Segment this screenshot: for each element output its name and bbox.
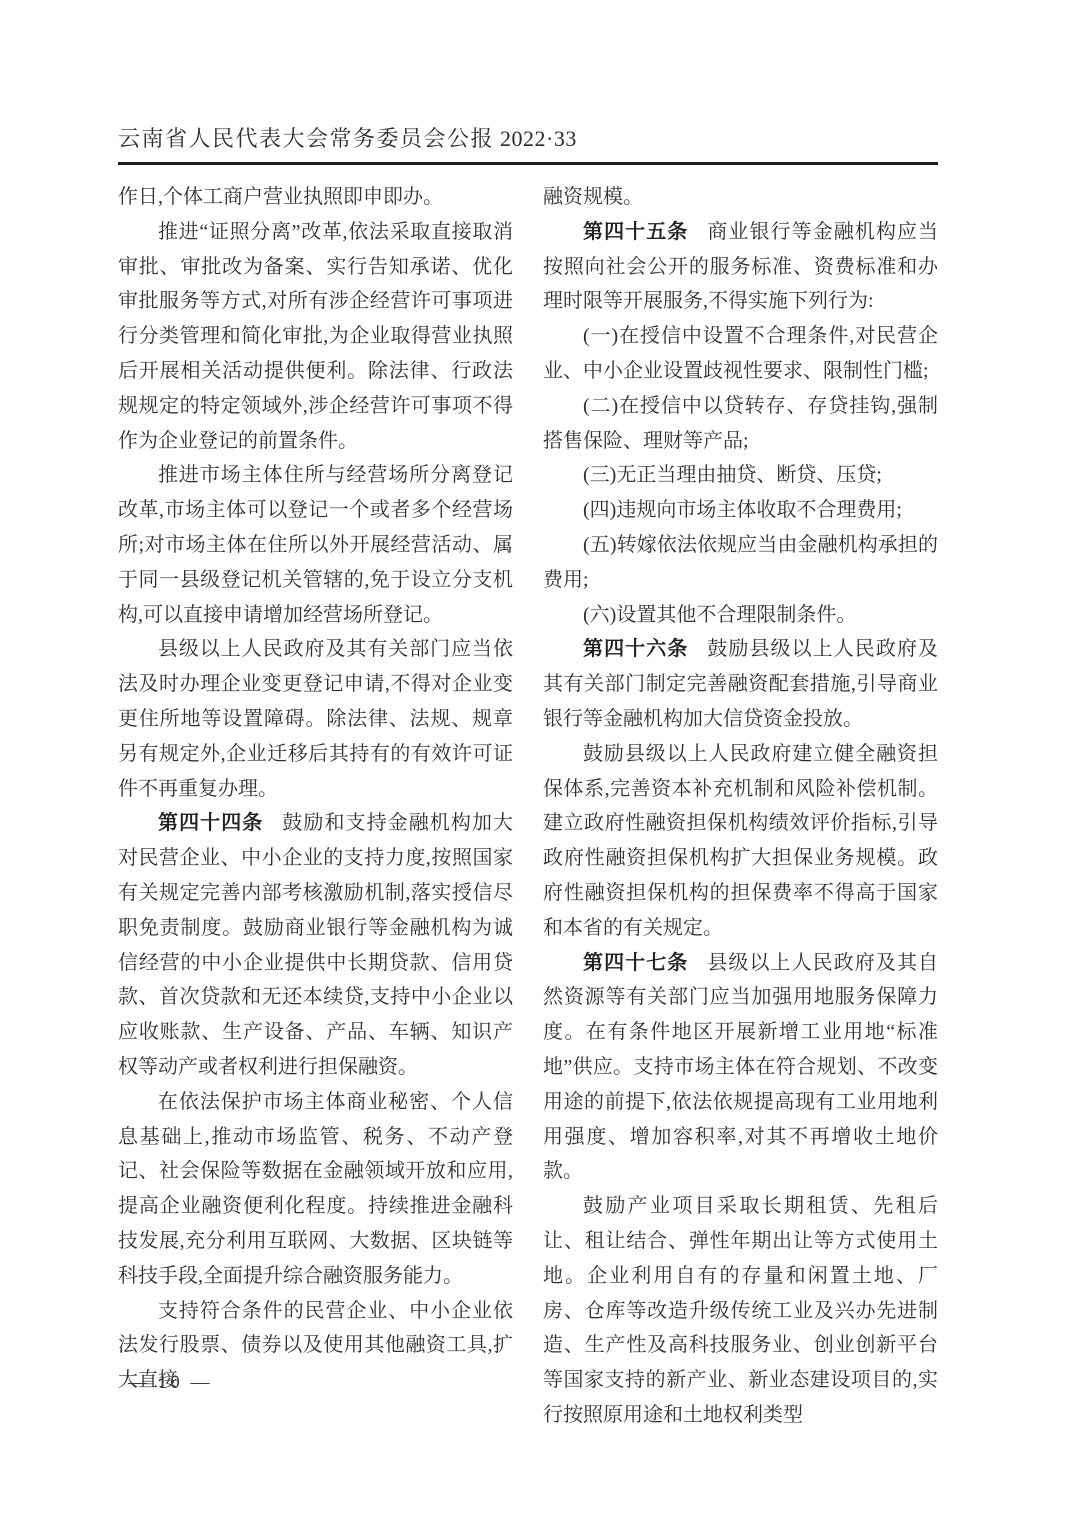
paragraph-text: 县级以上人民政府及其自然资源等有关部门应当加强用地服务保障力度。在有条件地区开展… bbox=[543, 952, 938, 1183]
paragraph: 推进市场主体住所与经营场所分离登记改革,市场主体可以登记一个或者多个经营场所;对… bbox=[118, 458, 513, 632]
paragraph-text: (五)转嫁依法依规应当由金融机构承担的费用; bbox=[543, 534, 938, 591]
paragraph: 作日,个体工商户营业执照即申即办。 bbox=[118, 180, 513, 215]
paragraph: 第四十七条县级以上人民政府及其自然资源等有关部门应当加强用地服务保障力度。在有条… bbox=[543, 946, 938, 1190]
bulletin-issue-number: 2022·33 bbox=[500, 126, 577, 151]
list-item-paragraph: (六)设置其他不合理限制条件。 bbox=[543, 598, 938, 633]
paragraph-text: 在依法保护市场主体商业秘密、个人信息基础上,推动市场监管、税务、不动产登记、社会… bbox=[118, 1091, 513, 1287]
list-item-paragraph: (一)在授信中设置不合理条件,对民营企业、中小企业设置歧视性要求、限制性门槛; bbox=[543, 319, 938, 389]
paragraph: 融资规模。 bbox=[543, 180, 938, 215]
article-number: 第四十五条 bbox=[583, 221, 688, 243]
paragraph-text: (三)无正当理由抽贷、断贷、压贷; bbox=[583, 464, 882, 486]
paragraph-text: (二)在授信中以贷转存、存贷挂钩,强制搭售保险、理财等产品; bbox=[543, 395, 938, 452]
article-number: 第四十四条 bbox=[158, 812, 263, 834]
paragraph: 鼓励产业项目采取长期租赁、先租后让、租让结合、弹性年期出让等方式使用土地。企业利… bbox=[543, 1189, 938, 1433]
page-number: — 10 — bbox=[128, 1372, 213, 1394]
page-content: 云南省人民代表大会常务委员会公报2022·33 作日,个体工商户营业执照即申即办… bbox=[0, 0, 1080, 1433]
paragraph: 鼓励县级以上人民政府建立健全融资担保体系,完善资本补充机制和风险补偿机制。建立政… bbox=[543, 737, 938, 946]
paragraph-text: (六)设置其他不合理限制条件。 bbox=[583, 604, 856, 626]
paragraph: 第四十四条鼓励和支持金融机构加大对民营企业、中小企业的支持力度,按照国家有关规定… bbox=[118, 806, 513, 1084]
article-number: 第四十七条 bbox=[583, 952, 688, 974]
paragraph-text: 推进市场主体住所与经营场所分离登记改革,市场主体可以登记一个或者多个经营场所;对… bbox=[118, 464, 513, 625]
paragraph-text: 作日,个体工商户营业执照即申即办。 bbox=[118, 186, 443, 208]
paragraph: 在依法保护市场主体商业秘密、个人信息基础上,推动市场监管、税务、不动产登记、社会… bbox=[118, 1085, 513, 1294]
paragraph-text: 推进“证照分离”改革,依法采取直接取消审批、审批改为备案、实行告知承诺、优化审批… bbox=[118, 221, 513, 452]
left-column: 作日,个体工商户营业执照即申即办。 推进“证照分离”改革,依法采取直接取消审批、… bbox=[118, 180, 513, 1433]
page-header: 云南省人民代表大会常务委员会公报2022·33 bbox=[118, 122, 938, 153]
paragraph-text: 融资规模。 bbox=[543, 186, 643, 208]
paragraph-text: (一)在授信中设置不合理条件,对民营企业、中小企业设置歧视性要求、限制性门槛; bbox=[543, 325, 938, 382]
header-divider bbox=[118, 162, 938, 165]
list-item-paragraph: (五)转嫁依法依规应当由金融机构承担的费用; bbox=[543, 528, 938, 598]
paragraph-text: 县级以上人民政府及其有关部门应当依法及时办理企业变更登记申请,不得对企业变更住所… bbox=[118, 638, 513, 799]
paragraph: 第四十五条商业银行等金融机构应当按照向社会公开的服务标准、资费标准和办理时限等开… bbox=[543, 215, 938, 319]
right-column: 融资规模。 第四十五条商业银行等金融机构应当按照向社会公开的服务标准、资费标准和… bbox=[543, 180, 938, 1433]
paragraph: 第四十六条鼓励县级以上人民政府及其有关部门制定完善融资配套措施,引导商业银行等金… bbox=[543, 632, 938, 736]
paragraph-text: (四)违规向市场主体收取不合理费用; bbox=[583, 499, 902, 521]
paragraph: 县级以上人民政府及其有关部门应当依法及时办理企业变更登记申请,不得对企业变更住所… bbox=[118, 632, 513, 806]
document-page: { "header": { "title": "云南省人民代表大会常务委员会公报… bbox=[0, 0, 1080, 1515]
paragraph: 推进“证照分离”改革,依法采取直接取消审批、审批改为备案、实行告知承诺、优化审批… bbox=[118, 215, 513, 459]
paragraph-text: 鼓励产业项目采取长期租赁、先租后让、租让结合、弹性年期出让等方式使用土地。企业利… bbox=[543, 1195, 938, 1426]
list-item-paragraph: (二)在授信中以贷转存、存贷挂钩,强制搭售保险、理财等产品; bbox=[543, 389, 938, 459]
paragraph-text: 鼓励县级以上人民政府建立健全融资担保体系,完善资本补充机制和风险补偿机制。建立政… bbox=[543, 743, 938, 939]
paragraph-text: 鼓励和支持金融机构加大对民营企业、中小企业的支持力度,按照国家有关规定完善内部考… bbox=[118, 812, 513, 1078]
two-column-body: 作日,个体工商户营业执照即申即办。 推进“证照分离”改革,依法采取直接取消审批、… bbox=[118, 180, 938, 1433]
article-number: 第四十六条 bbox=[583, 638, 688, 660]
list-item-paragraph: (四)违规向市场主体收取不合理费用; bbox=[543, 493, 938, 528]
list-item-paragraph: (三)无正当理由抽贷、断贷、压贷; bbox=[543, 458, 938, 493]
bulletin-title: 云南省人民代表大会常务委员会公报 bbox=[118, 126, 494, 151]
